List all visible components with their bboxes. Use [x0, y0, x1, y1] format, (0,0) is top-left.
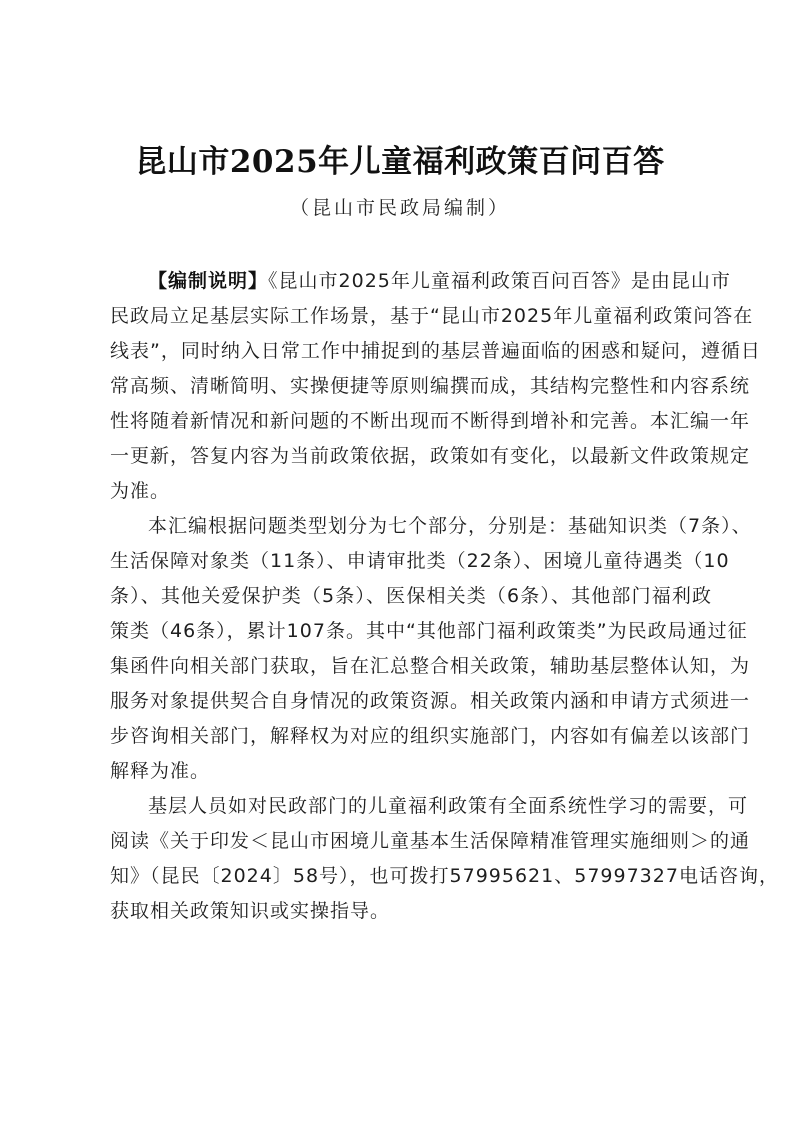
paragraph-line: 集函件向相关部门获取，旨在汇总整合相关政策，辅助基层整体认知，为 — [110, 649, 712, 684]
paragraph-line: 条）、其他关爱保护类（5条）、医保相关类（6条）、其他部门福利政 — [110, 579, 712, 614]
paragraph-line: 基层人员如对民政部门的儿童福利政策有全面系统性学习的需要，可 — [110, 789, 712, 824]
paragraph-contact-info: 基层人员如对民政部门的儿童福利政策有全面系统性学习的需要，可 阅读《关于印发＜昆… — [110, 789, 712, 929]
paragraph-line: 民政局立足基层实际工作场景，基于“昆山市2025年儿童福利政策问答在 — [110, 299, 712, 334]
paragraph-line: 知》（昆民〔2024〕58号），也可拨打57995621、57997327电话咨… — [110, 859, 712, 894]
paragraph-line: 策类（46条），累计107条。其中“其他部门福利政策类”为民政局通过征 — [110, 614, 712, 649]
paragraph-line: 为准。 — [110, 474, 712, 509]
document-body: 【编制说明】《昆山市2025年儿童福利政策百问百答》是由昆山市 民政局立足基层实… — [110, 264, 712, 929]
paragraph-line: 步咨询相关部门，解释权为对应的组织实施部门，内容如有偏差以该部门 — [110, 719, 712, 754]
paragraph-line: 性将随着新情况和新问题的不断出现而不断得到增补和完善。本汇编一年 — [110, 404, 712, 439]
paragraph-line: 线表”，同时纳入日常工作中捕捉到的基层普遍面临的困惑和疑问，遵循日 — [110, 334, 712, 369]
paragraph-line: 阅读《关于印发＜昆山市困境儿童基本生活保障精准管理实施细则＞的通 — [110, 824, 712, 859]
paragraph-line: 生活保障对象类（11条）、申请审批类（22条）、困境儿童待遇类（10 — [110, 544, 712, 579]
paragraph-line: 常高频、清晰简明、实操便捷等原则编撰而成，其结构完整性和内容系统 — [110, 369, 712, 404]
paragraph-line: 获取相关政策知识或实操指导。 — [110, 894, 712, 929]
document-title: 昆山市2025年儿童福利政策百问百答 — [0, 142, 800, 182]
paragraph-line: 一更新，答复内容为当前政策依据，政策如有变化，以最新文件政策规定 — [110, 439, 712, 474]
document-page: 昆山市2025年儿童福利政策百问百答 （昆山市民政局编制） 【编制说明】《昆山市… — [0, 0, 800, 1131]
paragraph-line: 【编制说明】《昆山市2025年儿童福利政策百问百答》是由昆山市 — [110, 264, 712, 299]
paragraph-sections-overview: 本汇编根据问题类型划分为七个部分，分别是：基础知识类（7条）、 生活保障对象类（… — [110, 509, 712, 789]
paragraph-compilation-note: 【编制说明】《昆山市2025年儿童福利政策百问百答》是由昆山市 民政局立足基层实… — [110, 264, 712, 509]
paragraph-line: 解释为准。 — [110, 754, 712, 789]
paragraph-lead-label: 【编制说明】 — [148, 270, 268, 292]
paragraph-line: 本汇编根据问题类型划分为七个部分，分别是：基础知识类（7条）、 — [110, 509, 712, 544]
document-subtitle: （昆山市民政局编制） — [0, 194, 800, 222]
paragraph-line: 服务对象提供契合自身情况的政策资源。相关政策内涵和申请方式须进一 — [110, 684, 712, 719]
